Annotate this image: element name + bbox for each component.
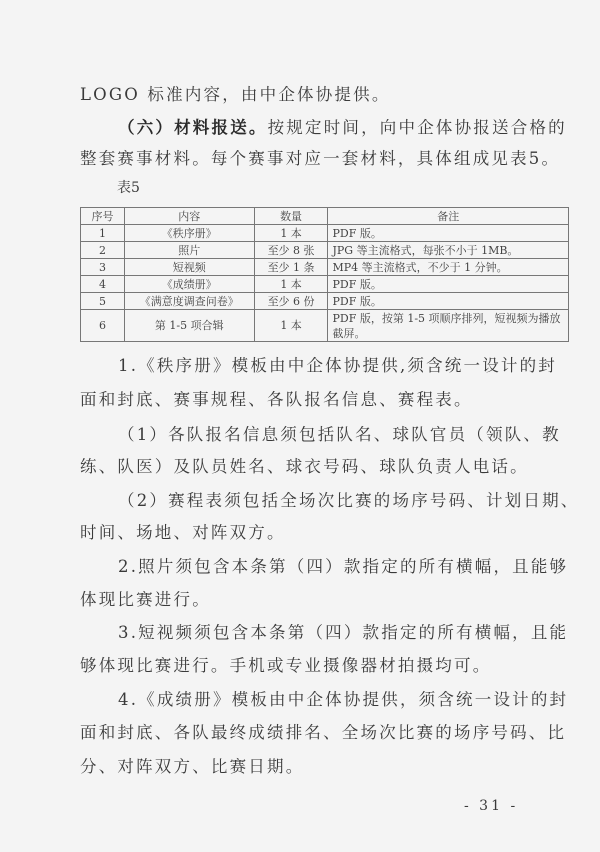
list-item-1-cont: 面和封底、赛事规程、各队报名信息、赛程表。 xyxy=(80,389,473,411)
header-seq: 序号 xyxy=(81,208,125,225)
table-row: 4 《成绩册》 1 本 PDF 版。 xyxy=(81,276,569,293)
cell-content: 《成绩册》 xyxy=(124,276,254,293)
cell-seq: 6 xyxy=(81,310,125,342)
cell-remarks: PDF 版。 xyxy=(328,225,569,242)
cell-seq: 2 xyxy=(81,242,125,259)
cell-content: 《满意度调查问卷》 xyxy=(124,293,254,310)
list-item-2: 2.照片须包含本条第（四）款指定的所有横幅，且能够 xyxy=(118,556,568,578)
cell-quantity: 至少 8 张 xyxy=(254,242,328,259)
sub-item-1-cont: 练、队医）及队员姓名、球衣号码、球队负责人电话。 xyxy=(80,456,529,478)
page-number: - 31 - xyxy=(464,798,518,814)
cell-seq: 1 xyxy=(81,225,125,242)
sub-item-2: （2）赛程表须包括全场次比赛的场序号码、计划日期、 xyxy=(118,490,580,512)
cell-seq: 5 xyxy=(81,293,125,310)
cell-content: 照片 xyxy=(124,242,254,259)
list-item-3-cont: 够体现比赛进行。手机或专业摄像器材拍摄均可。 xyxy=(80,655,491,677)
table-row: 2 照片 至少 8 张 JPG 等主流格式，每张不小于 1MB。 xyxy=(81,242,569,259)
cell-remarks: PDF 版。 xyxy=(328,293,569,310)
list-item-2-cont: 体现比赛进行。 xyxy=(80,589,211,611)
sub-item-2-cont: 时间、场地、对阵双方。 xyxy=(80,522,286,544)
paragraph-materials-submission: （六）材料报送。按规定时间，向中企体协报送合格的 xyxy=(118,117,567,139)
cell-seq: 4 xyxy=(81,276,125,293)
table-row: 5 《满意度调查问卷》 至少 6 份 PDF 版。 xyxy=(81,293,569,310)
header-quantity: 数量 xyxy=(254,208,328,225)
list-item-3: 3.短视频须包含本条第（四）款指定的所有横幅，且能 xyxy=(118,622,568,644)
paragraph-text: 按规定时间，向中企体协报送合格的 xyxy=(268,118,567,137)
table-row: 1 《秩序册》 1 本 PDF 版。 xyxy=(81,225,569,242)
cell-content: 短视频 xyxy=(124,259,254,276)
section-heading-materials: （六）材料报送。 xyxy=(118,118,268,137)
cell-quantity: 至少 1 条 xyxy=(254,259,328,276)
cell-quantity: 1 本 xyxy=(254,276,328,293)
list-item-4: 4.《成绩册》模板由中企体协提供，须含统一设计的封 xyxy=(118,689,568,711)
table-row: 6 第 1-5 项合辑 1 本 PDF 版，按第 1-5 项顺序排列，短视频为播… xyxy=(81,310,569,342)
header-remarks: 备注 xyxy=(328,208,569,225)
table-header-row: 序号 内容 数量 备注 xyxy=(81,208,569,225)
cell-remarks: PDF 版，按第 1-5 项顺序排列，短视频为播放截屏。 xyxy=(328,310,569,342)
list-item-4-cont: 面和封底、各队最终成绩排名、全场次比赛的场序号码、比 xyxy=(80,722,566,744)
header-content: 内容 xyxy=(124,208,254,225)
sub-item-1: （1）各队报名信息须包括队名、球队官员（领队、教 xyxy=(118,424,561,446)
cell-quantity: 1 本 xyxy=(254,310,328,342)
cell-remarks: PDF 版。 xyxy=(328,276,569,293)
paragraph-logo-content: LOGO 标准内容，由中企体协提供。 xyxy=(80,84,391,106)
cell-quantity: 1 本 xyxy=(254,225,328,242)
cell-content: 第 1-5 项合辑 xyxy=(124,310,254,342)
cell-quantity: 至少 6 份 xyxy=(254,293,328,310)
cell-remarks: JPG 等主流格式，每张不小于 1MB。 xyxy=(328,242,569,259)
list-item-1: 1.《秩序册》模板由中企体协提供,须含统一设计的封 xyxy=(118,355,557,377)
cell-seq: 3 xyxy=(81,259,125,276)
list-item-4-cont: 分、对阵双方、比赛日期。 xyxy=(80,756,304,778)
cell-remarks: MP4 等主流格式，不少于 1 分钟。 xyxy=(328,259,569,276)
table-row: 3 短视频 至少 1 条 MP4 等主流格式，不少于 1 分钟。 xyxy=(81,259,569,276)
table-caption: 表5 xyxy=(117,178,140,198)
paragraph-text: 整套赛事材料。每个赛事对应一套材料，具体组成见表5。 xyxy=(80,148,560,170)
cell-content: 《秩序册》 xyxy=(124,225,254,242)
materials-table: 序号 内容 数量 备注 1 《秩序册》 1 本 PDF 版。 2 照片 至少 8… xyxy=(80,207,569,342)
